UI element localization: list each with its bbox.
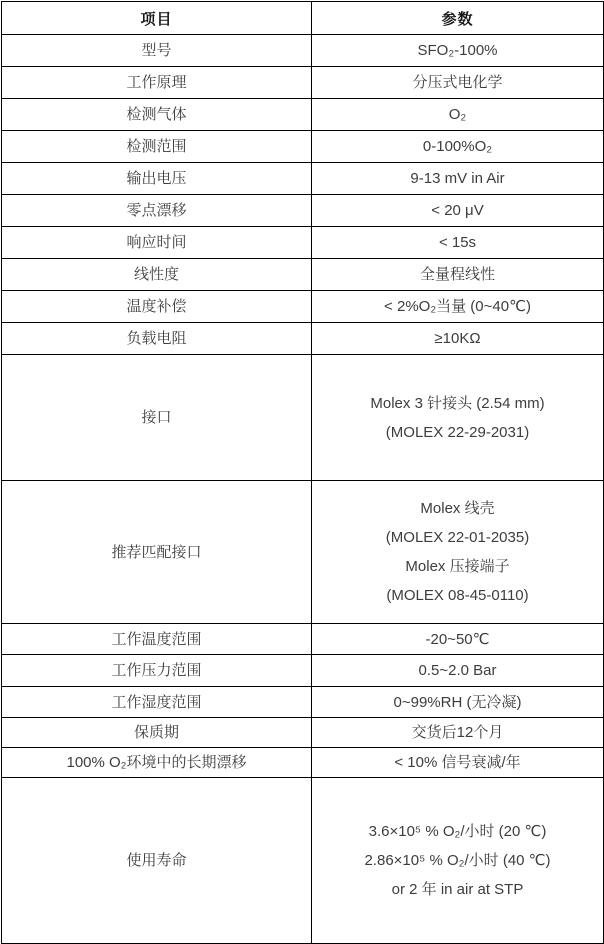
row-label: 负载电阻 xyxy=(2,323,312,355)
row-value: 交货后12个月 xyxy=(312,718,604,748)
value-line: -20~50℃ xyxy=(312,625,603,654)
value-line: 2.86×10⁵ % O₂/小时 (40 ℃) xyxy=(312,846,603,875)
row-label: 检测气体 xyxy=(2,99,312,131)
table-row: 零点漂移< 20 μV xyxy=(2,195,604,227)
table-row: 100% O₂环境中的长期漂移< 10% 信号衰减/年 xyxy=(2,748,604,778)
row-label: 100% O₂环境中的长期漂移 xyxy=(2,748,312,778)
value-line: 分压式电化学 xyxy=(312,68,603,97)
row-label: 推荐匹配接口 xyxy=(2,481,312,624)
table-row: 检测气体O₂ xyxy=(2,99,604,131)
value-line: Molex 3 针接头 (2.54 mm) xyxy=(312,389,603,418)
value-line: Molex 压接端子 xyxy=(312,552,603,581)
row-value: ≥10KΩ xyxy=(312,323,604,355)
table-row: 型号SFO₂-100% xyxy=(2,35,604,67)
row-label: 检测范围 xyxy=(2,131,312,163)
table-row: 保质期交货后12个月 xyxy=(2,718,604,748)
spec-sheet-page: 项目 参数 型号SFO₂-100%工作原理分压式电化学检测气体O₂检测范围0-1… xyxy=(0,0,604,944)
row-label: 工作原理 xyxy=(2,67,312,99)
value-line: 9-13 mV in Air xyxy=(312,164,603,193)
value-line: or 2 年 in air at STP xyxy=(312,875,603,904)
table-row: 接口Molex 3 针接头 (2.54 mm)(MOLEX 22-29-2031… xyxy=(2,355,604,481)
row-label: 线性度 xyxy=(2,259,312,291)
value-line: < 2%O₂当量 (0~40℃) xyxy=(312,292,603,321)
value-line: 全量程线性 xyxy=(312,260,603,289)
spec-table: 项目 参数 型号SFO₂-100%工作原理分压式电化学检测气体O₂检测范围0-1… xyxy=(1,1,604,944)
row-label: 使用寿命 xyxy=(2,778,312,944)
row-label: 输出电压 xyxy=(2,163,312,195)
row-label: 零点漂移 xyxy=(2,195,312,227)
row-label: 型号 xyxy=(2,35,312,67)
spec-table-body: 型号SFO₂-100%工作原理分压式电化学检测气体O₂检测范围0-100%O₂输… xyxy=(2,35,604,944)
row-value: 0-100%O₂ xyxy=(312,131,604,163)
value-line: 0.5~2.0 Bar xyxy=(312,656,603,685)
table-row: 工作压力范围0.5~2.0 Bar xyxy=(2,655,604,687)
row-value: 分压式电化学 xyxy=(312,67,604,99)
value-line: SFO₂-100% xyxy=(312,36,603,65)
row-label: 工作压力范围 xyxy=(2,655,312,687)
row-label: 保质期 xyxy=(2,718,312,748)
row-value: 0.5~2.0 Bar xyxy=(312,655,604,687)
table-row: 推荐匹配接口Molex 线壳(MOLEX 22-01-2035)Molex 压接… xyxy=(2,481,604,624)
value-line: < 10% 信号衰减/年 xyxy=(312,748,603,777)
value-line: (MOLEX 22-01-2035) xyxy=(312,523,603,552)
table-row: 响应时间< 15s xyxy=(2,227,604,259)
header-item-column: 项目 xyxy=(2,2,312,35)
value-line: ≥10KΩ xyxy=(312,324,603,353)
value-line: < 15s xyxy=(312,228,603,257)
value-line: O₂ xyxy=(312,100,603,129)
value-line: 0-100%O₂ xyxy=(312,132,603,161)
table-row: 工作湿度范围0~99%RH (无冷凝) xyxy=(2,687,604,718)
row-value: Molex 3 针接头 (2.54 mm)(MOLEX 22-29-2031) xyxy=(312,355,604,481)
row-value: Molex 线壳(MOLEX 22-01-2035)Molex 压接端子(MOL… xyxy=(312,481,604,624)
row-label: 温度补偿 xyxy=(2,291,312,323)
table-row: 工作原理分压式电化学 xyxy=(2,67,604,99)
row-value: 9-13 mV in Air xyxy=(312,163,604,195)
row-label: 工作温度范围 xyxy=(2,624,312,655)
row-value: 全量程线性 xyxy=(312,259,604,291)
row-value: < 15s xyxy=(312,227,604,259)
row-value: -20~50℃ xyxy=(312,624,604,655)
table-row: 输出电压9-13 mV in Air xyxy=(2,163,604,195)
row-value: O₂ xyxy=(312,99,604,131)
header-row: 项目 参数 xyxy=(2,2,604,35)
row-value: 0~99%RH (无冷凝) xyxy=(312,687,604,718)
table-row: 使用寿命3.6×10⁵ % O₂/小时 (20 ℃)2.86×10⁵ % O₂/… xyxy=(2,778,604,944)
row-value: < 2%O₂当量 (0~40℃) xyxy=(312,291,604,323)
value-line: 交货后12个月 xyxy=(312,718,603,747)
value-line: 3.6×10⁵ % O₂/小时 (20 ℃) xyxy=(312,817,603,846)
row-value: < 10% 信号衰减/年 xyxy=(312,748,604,778)
table-row: 线性度全量程线性 xyxy=(2,259,604,291)
value-line: < 20 μV xyxy=(312,196,603,225)
row-value: < 20 μV xyxy=(312,195,604,227)
table-row: 温度补偿< 2%O₂当量 (0~40℃) xyxy=(2,291,604,323)
value-line: (MOLEX 22-29-2031) xyxy=(312,418,603,447)
row-label: 接口 xyxy=(2,355,312,481)
value-line: 0~99%RH (无冷凝) xyxy=(312,688,603,717)
row-value: 3.6×10⁵ % O₂/小时 (20 ℃)2.86×10⁵ % O₂/小时 (… xyxy=(312,778,604,944)
header-param-column: 参数 xyxy=(312,2,604,35)
table-row: 负载电阻≥10KΩ xyxy=(2,323,604,355)
row-value: SFO₂-100% xyxy=(312,35,604,67)
value-line: Molex 线壳 xyxy=(312,494,603,523)
table-row: 工作温度范围-20~50℃ xyxy=(2,624,604,655)
table-row: 检测范围0-100%O₂ xyxy=(2,131,604,163)
row-label: 响应时间 xyxy=(2,227,312,259)
value-line: (MOLEX 08-45-0110) xyxy=(312,581,603,610)
row-label: 工作湿度范围 xyxy=(2,687,312,718)
